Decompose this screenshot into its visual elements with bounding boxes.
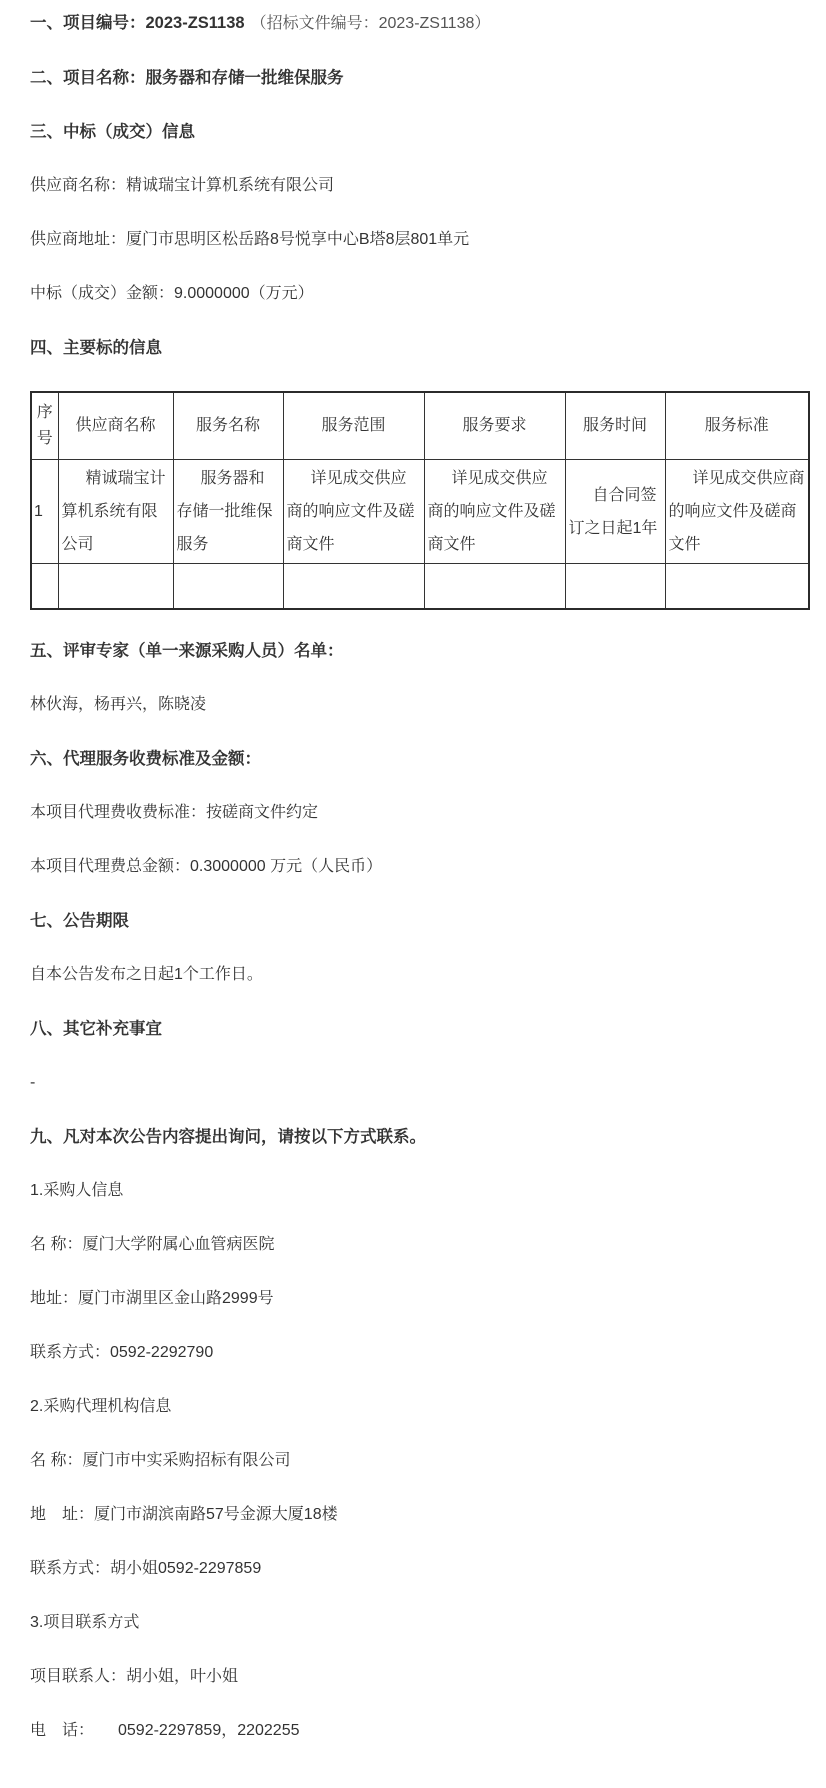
cell-supplier-name: 精诚瑞宝计算机系统有限公司	[58, 460, 173, 564]
cell-service-time: 自合同签订之日起1年	[565, 460, 665, 564]
section6-heading-agency-fee: 六、代理服务收费标准及金额：	[30, 748, 810, 770]
header-service-requirement: 服务要求	[424, 392, 565, 460]
announcement-page: 一、项目编号：2023-ZS1138（招标文件编号：2023-ZS1138） 二…	[0, 0, 826, 1788]
cell-service-name: 服务器和存储一批维保服务	[173, 460, 283, 564]
header-service-standard: 服务标准	[665, 392, 809, 460]
announcement-period-line: 自本公告发布之日起1个工作日。	[30, 964, 810, 986]
section2-heading-project-name: 二、项目名称：服务器和存储一批维保服务	[30, 67, 810, 89]
empty-cell	[424, 564, 565, 610]
section9-heading-contact: 九、凡对本次公告内容提出询问，请按以下方式联系。	[30, 1126, 810, 1148]
table-header-row: 序号 供应商名称 服务名称 服务范围 服务要求 服务时间 服务标准	[31, 392, 809, 460]
empty-cell	[31, 564, 58, 610]
experts-names-line: 林伙海，杨再兴，陈晓凌	[30, 694, 810, 716]
project-number: 一、项目编号：2023-ZS1138	[30, 14, 245, 32]
tender-doc-number-note: （招标文件编号：2023-ZS1138）	[251, 15, 491, 32]
empty-cell	[58, 564, 173, 610]
project-phone-line: 电 话： 0592-2297859，2202255	[30, 1720, 810, 1742]
agency-address-line: 地 址：厦门市湖滨南路57号金源大厦18楼	[30, 1504, 810, 1526]
cell-service-scope: 详见成交供应商的响应文件及磋商文件	[283, 460, 424, 564]
agency-fee-standard-line: 本项目代理费收费标准：按磋商文件约定	[30, 802, 810, 824]
empty-cell	[283, 564, 424, 610]
main-items-table: 序号 供应商名称 服务名称 服务范围 服务要求 服务时间 服务标准 1 精诚瑞宝…	[30, 391, 810, 610]
supplier-name-line: 供应商名称：精诚瑞宝计算机系统有限公司	[30, 175, 810, 197]
purchaser-name-line: 名 称：厦门大学附属心血管病医院	[30, 1234, 810, 1256]
cell-service-requirement: 详见成交供应商的响应文件及磋商文件	[424, 460, 565, 564]
table-empty-row	[31, 564, 809, 610]
project-contact-title: 3.项目联系方式	[30, 1612, 810, 1634]
cell-seq-no: 1	[31, 460, 58, 564]
header-service-time: 服务时间	[565, 392, 665, 460]
supplier-address-line: 供应商地址：厦门市思明区松岳路8号悦享中心B塔8层801单元	[30, 229, 810, 251]
section7-heading-announcement-period: 七、公告期限	[30, 910, 810, 932]
cell-service-standard: 详见成交供应商的响应文件及磋商文件	[665, 460, 809, 564]
purchaser-contact-line: 联系方式：0592-2292790	[30, 1342, 810, 1364]
purchaser-info-title: 1.采购人信息	[30, 1180, 810, 1202]
empty-cell	[173, 564, 283, 610]
section4-heading-main-items: 四、主要标的信息	[30, 337, 810, 359]
agency-contact-line: 联系方式：胡小姐0592-2297859	[30, 1558, 810, 1580]
agency-name-line: 名 称：厦门市中实采购招标有限公司	[30, 1450, 810, 1472]
section3-heading-award-info: 三、中标（成交）信息	[30, 121, 810, 143]
project-contact-person-line: 项目联系人：胡小姐，叶小姐	[30, 1666, 810, 1688]
agency-fee-total-line: 本项目代理费总金额：0.3000000 万元（人民币）	[30, 856, 810, 878]
section5-heading-experts: 五、评审专家（单一来源采购人员）名单：	[30, 640, 810, 662]
header-seq-no: 序号	[31, 392, 58, 460]
header-service-scope: 服务范围	[283, 392, 424, 460]
award-amount-line: 中标（成交）金额：9.0000000（万元）	[30, 283, 810, 305]
header-supplier-name: 供应商名称	[58, 392, 173, 460]
section1-heading: 一、项目编号：2023-ZS1138（招标文件编号：2023-ZS1138）	[30, 12, 810, 35]
agency-info-title: 2.采购代理机构信息	[30, 1396, 810, 1418]
supplementary-placeholder: -	[30, 1072, 810, 1094]
section8-heading-supplementary: 八、其它补充事宜	[30, 1018, 810, 1040]
empty-cell	[665, 564, 809, 610]
table-row: 1 精诚瑞宝计算机系统有限公司 服务器和存储一批维保服务 详见成交供应商的响应文…	[31, 460, 809, 564]
header-service-name: 服务名称	[173, 392, 283, 460]
purchaser-address-line: 地址：厦门市湖里区金山路2999号	[30, 1288, 810, 1310]
empty-cell	[565, 564, 665, 610]
